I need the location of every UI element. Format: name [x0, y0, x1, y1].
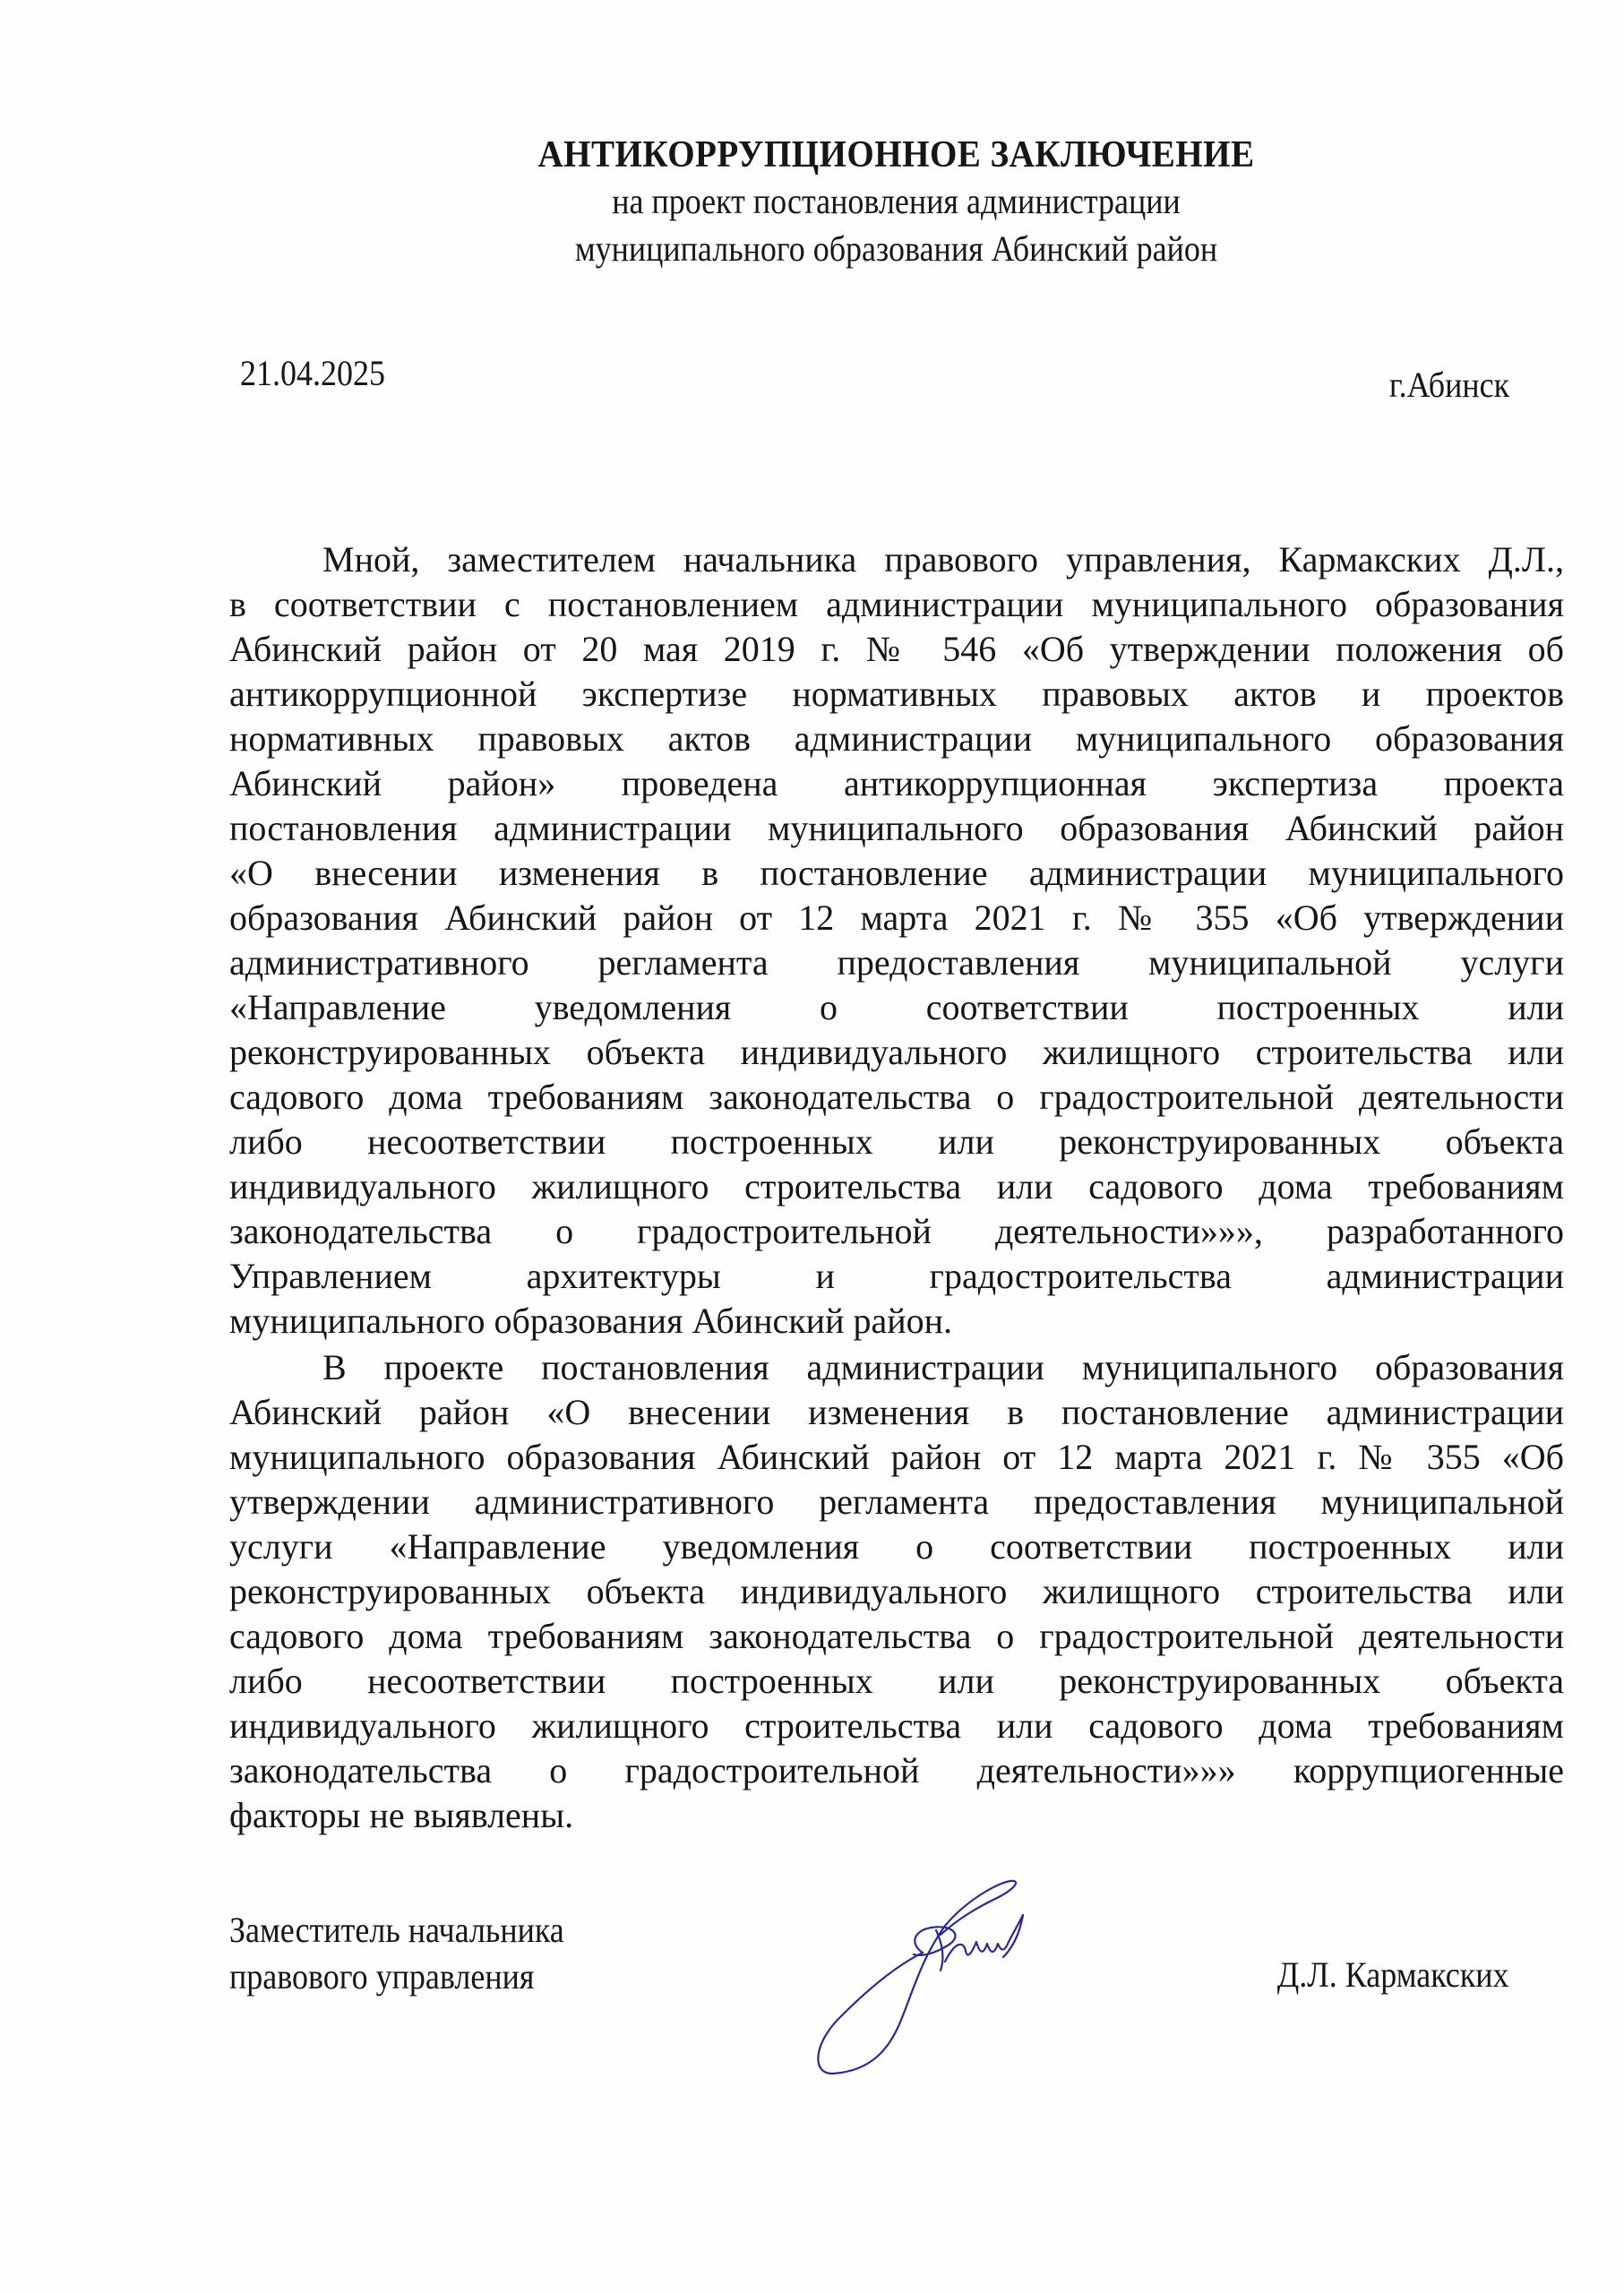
paragraph-1-line: либо несоответствии построенных или реко…	[229, 1120, 1564, 1164]
document-date: 21.04.2025	[240, 351, 385, 396]
paragraph-2-line: факторы не выявлены.	[229, 1793, 1564, 1838]
paragraph-1-line: садового дома требованиям законодательст…	[229, 1075, 1564, 1120]
signatory-name: Д.Л. Кармакских	[1277, 1953, 1509, 1997]
paragraph-1-line: «О внесении изменения в постановление ад…	[229, 851, 1564, 896]
paragraph-2-line: индивидуального жилищного строительства …	[229, 1704, 1564, 1748]
paragraph-1-line: Управлением архитектуры и градостроитель…	[229, 1254, 1564, 1299]
paragraph-1-line: индивидуального жилищного строительства …	[229, 1164, 1564, 1209]
signatory-position-line-1: Заместитель начальника	[229, 1908, 564, 1953]
paragraph-1-line: Абинский район от 20 мая 2019 г. № 546 «…	[229, 627, 1564, 672]
paragraph-1-line: законодательства о градостроительной дея…	[229, 1209, 1564, 1254]
paragraph-2-line: услуги «Направление уведомления о соотве…	[229, 1524, 1564, 1569]
paragraph-2-line: законодательства о градостроительной дея…	[229, 1748, 1564, 1793]
document-subtitle-line-1: на проект постановления администрации	[166, 179, 1624, 224]
paragraph-2-line: муниципального образования Абинский райо…	[229, 1435, 1564, 1480]
paragraph-2-line: Абинский район «О внесении изменения в п…	[229, 1390, 1564, 1435]
paragraph-1-line: Абинский район» проведена антикоррупцион…	[229, 761, 1564, 806]
paragraph-1-line: антикоррупционной экспертизе нормативных…	[229, 672, 1564, 717]
document-title: АНТИКОРРУПЦИОННОЕ ЗАКЛЮЧЕНИЕ	[141, 133, 1624, 177]
paragraph-1-line: «Направление уведомления о соответствии …	[229, 985, 1564, 1030]
paragraph-1-line: муниципального образования Абинский райо…	[229, 1299, 1564, 1344]
signatory-position-line-2: правового управления	[229, 1954, 534, 1999]
paragraph-1-line: образования Абинский район от 12 марта 2…	[229, 896, 1564, 940]
paragraph-1-line: нормативных правовых актов администрации…	[229, 717, 1564, 761]
paragraph-1-line: реконструированных объекта индивидуально…	[229, 1030, 1564, 1075]
paragraph-2-line: утверждении административного регламента…	[229, 1480, 1564, 1524]
paragraph-1-line: постановления администрации муниципально…	[229, 806, 1564, 851]
document-subtitle-line-2: муниципального образования Абинский райо…	[166, 227, 1624, 271]
paragraph-1-line: административного регламента предоставле…	[229, 940, 1564, 985]
paragraph-1-line: Мной, заместителем начальника правового …	[322, 537, 1564, 582]
paragraph-2-line: либо несоответствии построенных или реко…	[229, 1659, 1564, 1704]
document-city: г.Абинск	[1389, 363, 1509, 408]
handwritten-signature-icon	[788, 1872, 1075, 2078]
paragraph-2-line: В проекте постановления администрации му…	[322, 1345, 1564, 1390]
document-page: АНТИКОРРУПЦИОННОЕ ЗАКЛЮЧЕНИЕ на проект п…	[0, 0, 1624, 2293]
paragraph-1-line: в соответствии с постановлением админист…	[229, 582, 1564, 627]
paragraph-2-line: реконструированных объекта индивидуально…	[229, 1569, 1564, 1614]
paragraph-2-line: садового дома требованиям законодательст…	[229, 1614, 1564, 1659]
